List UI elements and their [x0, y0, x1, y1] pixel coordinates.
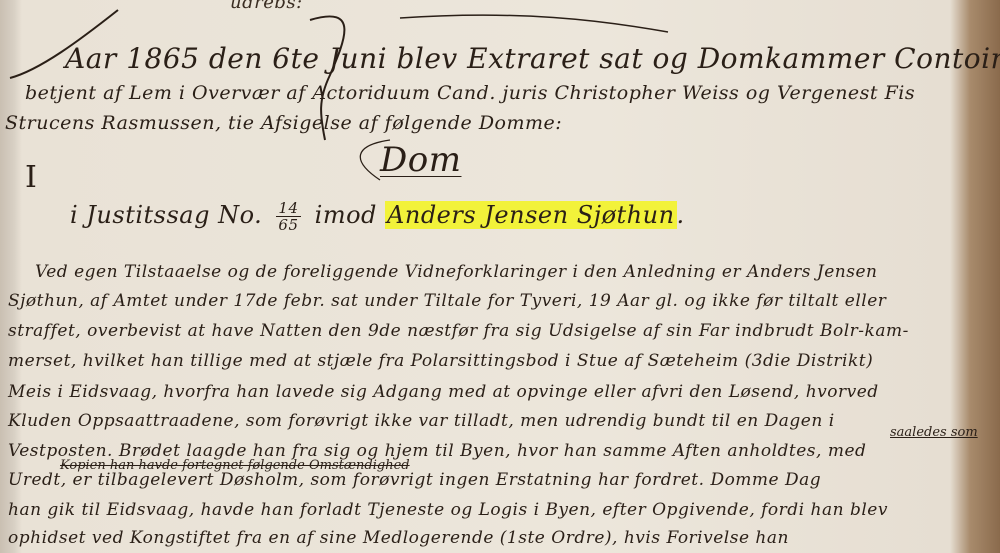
- case-year: 65: [276, 217, 300, 233]
- body-line-2: Sjøthun, af Amtet under 17de febr. sat u…: [8, 291, 886, 311]
- body-line-4: merset, hvilket han tillige med at stjæl…: [8, 351, 873, 371]
- case-prefix: i Justitssag No.: [70, 201, 262, 229]
- body-line-1: Ved egen Tilstaaelse og de foreliggende …: [35, 262, 877, 282]
- intro-line-2: Strucens Rasmussen, tie Afsigelse af føl…: [5, 112, 562, 134]
- interlinear-note-right: saaledes som: [890, 425, 978, 440]
- case-number: 14: [276, 200, 300, 217]
- case-suffix: .: [677, 201, 685, 229]
- section-title: Dom: [380, 140, 461, 180]
- body-line-3: straffet, overbevist at have Natten den …: [8, 321, 909, 341]
- case-number-fraction: 14 65: [276, 200, 300, 233]
- interlinear-note-struck: Kopien han havde fortegnet følgende Omst…: [60, 458, 410, 473]
- case-line: i Justitssag No. 14 65 imod Anders Jense…: [70, 200, 685, 233]
- body-line-9: han gik til Eidsvaag, havde han forladt …: [8, 500, 888, 520]
- body-line-6: Kluden Oppsaattraadene, som forøvrigt ik…: [8, 411, 835, 431]
- body-line-5: Meis i Eidsvaag, hvorfra han lavede sig …: [8, 382, 879, 402]
- section-number: I: [25, 160, 37, 195]
- body-line-8: Uredt, er tilbagelevert Døsholm, som for…: [8, 470, 821, 490]
- case-middle: imod: [315, 201, 377, 229]
- manuscript-page: udrebs: Aar 1865 den 6te Juni blev Extra…: [0, 0, 1000, 553]
- highlighted-defendant-name: Anders Jensen Sjøthun: [385, 201, 677, 229]
- heading-line: Aar 1865 den 6te Juni blev Extraret sat …: [65, 42, 1000, 75]
- body-line-10: ophidset ved Kongstiftet fra en af sine …: [8, 528, 789, 548]
- intro-line-1: betjent af Lem i Overvær af Actoriduum C…: [25, 82, 915, 104]
